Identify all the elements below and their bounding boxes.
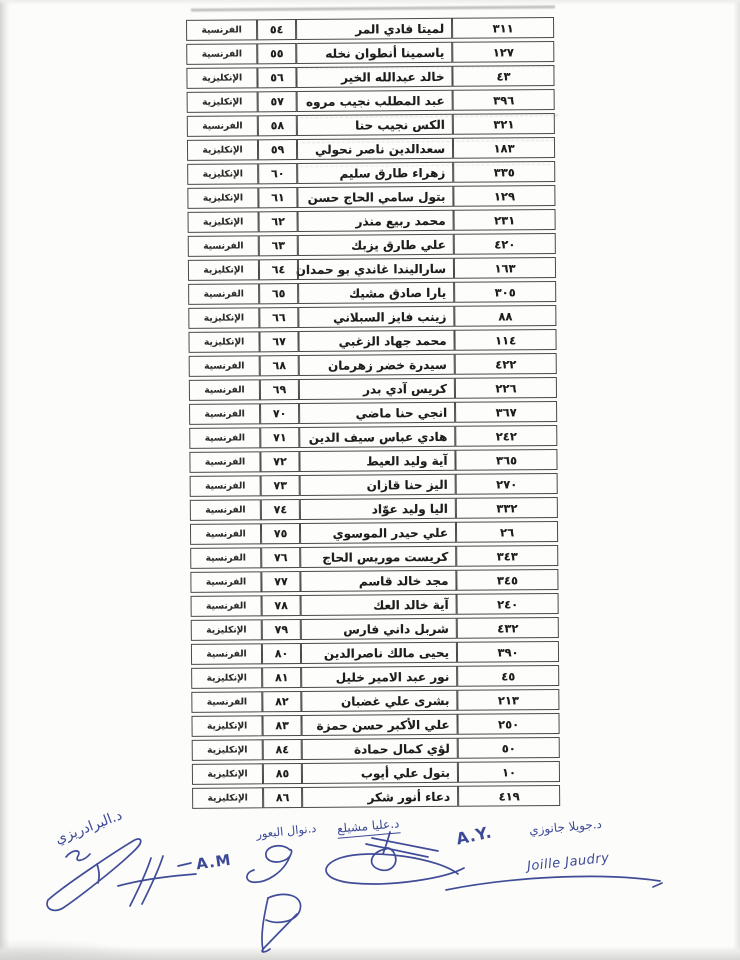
serial-number-cell: ٥٥: [257, 43, 296, 64]
student-id-cell: ٣٤٣: [456, 545, 558, 567]
student-name-cell: هادي عباس سيف الدين: [299, 426, 455, 448]
student-table: ٣١١ لميتا فادي المر ٥٤ الفرنسية ١٢٧ ياسم…: [186, 17, 560, 812]
scan-edge-right: [733, 0, 740, 960]
cutoff-row-line: [191, 5, 555, 11]
student-id-cell: ٢٥٠: [457, 713, 559, 735]
table-row: ١٢٩ بتول سامي الحاج حسن ٦١ الإنكليزية: [187, 185, 555, 209]
table-row: ٣٤٣ كريست موريس الحاج ٧٦ الفرنسية: [190, 545, 558, 569]
language-cell: الإنكليزية: [192, 763, 263, 785]
student-name-cell: اليز حنا قازان: [300, 474, 456, 496]
serial-number-cell: ٨٢: [262, 691, 301, 712]
serial-number-cell: ٧٠: [260, 403, 299, 424]
serial-number-cell: ٧٦: [261, 547, 300, 568]
language-cell: الفرنسية: [189, 355, 260, 377]
language-cell: الإنكليزية: [187, 139, 258, 161]
student-id-cell: ٣٩٦: [453, 89, 555, 111]
serial-number-cell: ٨٠: [262, 643, 301, 664]
student-name-cell: علي الأكبر حسن حمزة: [301, 714, 457, 736]
scan-edge-left: [0, 0, 10, 960]
language-cell: الإنكليزية: [188, 211, 259, 233]
language-cell: الإنكليزية: [191, 715, 262, 737]
student-name-cell: بشرى علي غضبان: [301, 690, 457, 712]
signature-scribble: [66, 851, 90, 860]
handwritten-name: د.البرادريزي: [53, 807, 124, 847]
serial-number-cell: ٨١: [262, 667, 301, 688]
serial-number-cell: ٧٧: [261, 571, 300, 592]
student-id-cell: ٤٥: [457, 665, 559, 687]
scan-edge-bottom: [0, 946, 740, 960]
language-cell: الفرنسية: [190, 523, 261, 545]
student-id-cell: ٣٦٥: [455, 449, 557, 471]
serial-number-cell: ٦٣: [259, 235, 298, 256]
language-cell: الفرنسية: [190, 571, 261, 593]
handwritten-name: د.عليا مشيلع: [336, 816, 400, 838]
serial-number-cell: ٦٠: [258, 163, 297, 184]
signature-scribble: [262, 898, 268, 950]
student-name-cell: ساراليندا غاندي بو حمدان: [298, 258, 454, 280]
student-name-cell: آية وليد العيط: [299, 450, 455, 472]
student-name-cell: محمد جهاد الزغبي: [298, 330, 454, 352]
table-row: ٣١١ لميتا فادي المر ٥٤ الفرنسية: [186, 17, 554, 41]
student-name-cell: دعاء أنور شكر: [302, 786, 458, 808]
language-cell: الإنكليزية: [192, 787, 263, 809]
language-cell: الإنكليزية: [188, 307, 259, 329]
table-row: ٣٤٥ مجد خالد قاسم ٧٧ الفرنسية: [190, 569, 558, 593]
language-cell: الإنكليزية: [191, 619, 262, 641]
student-id-cell: ٣٤٥: [456, 569, 558, 591]
serial-number-cell: ٧٨: [262, 595, 301, 616]
table-row: ٢٢٦ كريس آدي بدر ٦٩ الفرنسية: [189, 377, 557, 401]
language-cell: الفرنسية: [191, 595, 262, 617]
table-row: ٣٩٠ يحيى مالك ناصرالدين ٨٠ الفرنسية: [191, 641, 559, 665]
serial-number-cell: ٨٤: [263, 739, 302, 760]
student-id-cell: ١٢٩: [453, 185, 555, 207]
student-name-cell: آية خالد العك: [301, 594, 457, 616]
scanned-page: ٣١١ لميتا فادي المر ٥٤ الفرنسية ١٢٧ ياسم…: [0, 0, 740, 960]
serial-number-cell: ٦٤: [259, 259, 298, 280]
language-cell: الفرنسية: [186, 19, 257, 41]
student-name-cell: يارا صادق مشيك: [298, 282, 454, 304]
student-name-cell: مجد خالد قاسم: [300, 570, 456, 592]
table-row: ٣٣٥ زهراء طارق سليم ٦٠ الإنكليزية: [187, 161, 555, 185]
student-name-cell: عبد المطلب نجيب مروه: [297, 90, 453, 112]
serial-number-cell: ٦٧: [259, 331, 298, 352]
table-row: ٨٨ زينب فايز السبلاني ٦٦ الإنكليزية: [188, 305, 556, 329]
language-cell: الإنكليزية: [187, 163, 258, 185]
student-name-cell: سعدالدين ناصر نحولي: [297, 138, 453, 160]
student-id-cell: ٤٣٢: [457, 617, 559, 639]
student-name-cell: شربل داني فارس: [301, 618, 457, 640]
language-cell: الفرنسية: [189, 451, 260, 473]
language-cell: الإنكليزية: [191, 667, 262, 689]
student-id-cell: ١٨٣: [453, 137, 555, 159]
language-cell: الفرنسية: [191, 691, 262, 713]
student-id-cell: ١٦٣: [454, 257, 556, 279]
student-id-cell: ٢٤٠: [457, 593, 559, 615]
student-id-cell: ٣٦٧: [455, 401, 557, 423]
serial-number-cell: ٨٦: [263, 787, 302, 808]
scan-edge-top: [0, 0, 740, 5]
student-name-cell: نور عبد الامير خليل: [301, 666, 457, 688]
language-cell: الفرنسية: [188, 235, 259, 257]
student-id-cell: ٤١٩: [458, 785, 560, 807]
student-id-cell: ٣٢١: [453, 113, 555, 135]
student-name-cell: علي طارق يزبك: [298, 234, 454, 256]
student-name-cell: اليا وليد عوّاد: [300, 498, 456, 520]
serial-number-cell: ٧٩: [262, 619, 301, 640]
table-row: ٢٦ علي حيدر الموسوي ٧٥ الفرنسية: [190, 521, 558, 545]
student-name-cell: بتول علي أيوب: [302, 762, 458, 784]
student-id-cell: ٢٣١: [454, 209, 556, 231]
student-id-cell: ٣١١: [452, 17, 554, 39]
student-id-cell: ٢٤٢: [455, 425, 557, 447]
student-name-cell: سيدرة خضر زهرمان: [299, 354, 455, 376]
language-cell: الفرنسية: [189, 403, 260, 425]
student-name-cell: خالد عبدالله الخير: [296, 66, 452, 88]
serial-number-cell: ٦٥: [259, 283, 298, 304]
serial-number-cell: ٨٣: [262, 715, 301, 736]
serial-number-cell: ٦٦: [259, 307, 298, 328]
student-id-cell: ٢٢٦: [455, 377, 557, 399]
student-name-cell: ياسمينا أنطوان نخله: [296, 42, 452, 64]
signature-scribble: [247, 856, 290, 882]
student-name-cell: يحيى مالك ناصرالدين: [301, 642, 457, 664]
student-id-cell: ٤٢٠: [454, 233, 556, 255]
student-name-cell: لؤي كمال حمادة: [302, 738, 458, 760]
table-row: ٤٣ خالد عبدالله الخير ٥٦ الإنكليزية: [186, 65, 554, 89]
language-cell: الإنكليزية: [192, 739, 263, 761]
handwritten-initials: A.Y.: [454, 822, 493, 848]
signature-scribble: [372, 848, 396, 871]
table-row: ٢٤٢ هادي عباس سيف الدين ٧١ الفرنسية: [189, 425, 557, 449]
handwritten-name: د.جويلا جانوزي: [529, 817, 603, 837]
table-row: ٢١٣ بشرى علي غضبان ٨٢ الفرنسية: [191, 689, 559, 713]
language-cell: الإنكليزية: [187, 187, 258, 209]
student-id-cell: ٢٧٠: [456, 473, 558, 495]
language-cell: الفرنسية: [190, 475, 261, 497]
serial-number-cell: ٦٨: [260, 355, 299, 376]
language-cell: الفرنسية: [186, 43, 257, 65]
student-id-cell: ٣٣٥: [453, 161, 555, 183]
signature-scribble: [118, 874, 196, 886]
language-cell: الإنكليزية: [187, 91, 258, 113]
table-row: ٣٦٥ آية وليد العيط ٧٢ الفرنسية: [189, 449, 557, 473]
table-row: ٤٣٢ شربل داني فارس ٧٩ الإنكليزية: [191, 617, 559, 641]
student-id-cell: ٨٨: [454, 305, 556, 327]
table-row: ٢٧٠ اليز حنا قازان ٧٣ الفرنسية: [190, 473, 558, 497]
scan-corner-smudge: [0, 938, 150, 960]
serial-number-cell: ٧١: [260, 427, 299, 448]
signature-scribble: [97, 864, 99, 883]
student-id-cell: ٢٦: [456, 521, 558, 543]
signature-scribble: [178, 863, 191, 866]
student-name-cell: زينب فايز السبلاني: [298, 306, 454, 328]
signature-scribble: [266, 846, 292, 862]
table-row: ٤٥ نور عبد الامير خليل ٨١ الإنكليزية: [191, 665, 559, 689]
student-id-cell: ٢١٣: [457, 689, 559, 711]
table-row: ٣٣٢ اليا وليد عوّاد ٧٤ الفرنسية: [190, 497, 558, 521]
student-name-cell: علي حيدر الموسوي: [300, 522, 456, 544]
signature-scribble: [142, 856, 163, 904]
table-row: ٤١٩ دعاء أنور شكر ٨٦ الإنكليزية: [192, 785, 560, 809]
student-id-cell: ١٠: [458, 761, 560, 783]
serial-number-cell: ٧٣: [261, 475, 300, 496]
table-row: ١٦٣ ساراليندا غاندي بو حمدان ٦٤ الإنكليز…: [188, 257, 556, 281]
serial-number-cell: ٨٥: [263, 763, 302, 784]
handwritten-name: د.نوال البعور: [255, 821, 316, 841]
serial-number-cell: ٥٤: [257, 19, 296, 40]
signature-scribble: [262, 914, 297, 952]
table-row: ٥٠ لؤي كمال حمادة ٨٤ الإنكليزية: [192, 737, 560, 761]
table-row: ١٢٧ ياسمينا أنطوان نخله ٥٥ الفرنسية: [186, 41, 554, 65]
signature-scribble: [372, 838, 438, 851]
language-cell: الفرنسية: [187, 115, 258, 137]
serial-number-cell: ٦٩: [260, 379, 299, 400]
language-cell: الفرنسية: [189, 427, 260, 449]
student-name-cell: كريس آدي بدر: [299, 378, 455, 400]
serial-number-cell: ٦٢: [259, 211, 298, 232]
student-id-cell: ٤٢٢: [455, 353, 557, 375]
student-id-cell: ٣٠٥: [454, 281, 556, 303]
serial-number-cell: ٥٧: [258, 91, 297, 112]
language-cell: الإنكليزية: [186, 67, 257, 89]
student-id-cell: ١٢٧: [452, 41, 554, 63]
table-row: ١١٤ محمد جهاد الزغبي ٦٧ الإنكليزية: [188, 329, 556, 353]
table-row: ٣٩٦ عبد المطلب نجيب مروه ٥٧ الإنكليزية: [187, 89, 555, 113]
student-id-cell: ١١٤: [454, 329, 556, 351]
serial-number-cell: ٧٤: [261, 499, 300, 520]
handwritten-signature: Joille Jaudry: [526, 851, 610, 875]
signature-scribble: [446, 876, 660, 890]
language-cell: الفرنسية: [190, 547, 261, 569]
language-cell: الفرنسية: [190, 499, 261, 521]
signature-scribble: [47, 839, 141, 910]
table-row: ٤٢٠ علي طارق يزبك ٦٣ الفرنسية: [188, 233, 556, 257]
table-row: ٣٠٥ يارا صادق مشيك ٦٥ الفرنسية: [188, 281, 556, 305]
student-name-cell: بتول سامي الحاج حسن: [297, 186, 453, 208]
language-cell: الفرنسية: [189, 379, 260, 401]
student-name-cell: كريست موريس الحاج: [300, 546, 456, 568]
language-cell: الإنكليزية: [188, 331, 259, 353]
language-cell: الفرنسية: [191, 643, 262, 665]
serial-number-cell: ٧٢: [260, 451, 299, 472]
signature-scribble: [366, 844, 428, 857]
student-name-cell: انجي حنا ماضي: [299, 402, 455, 424]
student-id-cell: ٥٠: [458, 737, 560, 759]
handwritten-initials: A.M: [195, 851, 233, 874]
table-row: ٢٤٠ آية خالد العك ٧٨ الفرنسية: [191, 593, 559, 617]
table-row: ٢٥٠ علي الأكبر حسن حمزة ٨٣ الإنكليزية: [191, 713, 559, 737]
student-name-cell: الكس نجيب حنا: [297, 114, 453, 136]
signature-scribble: [266, 894, 301, 922]
table-row: ١٨٣ سعدالدين ناصر نحولي ٥٩ الإنكليزية: [187, 137, 555, 161]
serial-number-cell: ٥٨: [258, 115, 297, 136]
student-name-cell: محمد ربيع منذر: [298, 210, 454, 232]
table-row: ١٠ بتول علي أيوب ٨٥ الإنكليزية: [192, 761, 560, 785]
language-cell: الإنكليزية: [188, 259, 259, 281]
table-row: ٤٢٢ سيدرة خضر زهرمان ٦٨ الفرنسية: [189, 353, 557, 377]
table-row: ٣٢١ الكس نجيب حنا ٥٨ الفرنسية: [187, 113, 555, 137]
student-id-cell: ٤٣: [452, 65, 554, 87]
signature-scribble: [383, 832, 390, 854]
student-name-cell: زهراء طارق سليم: [297, 162, 453, 184]
language-cell: الفرنسية: [188, 283, 259, 305]
serial-number-cell: ٧٥: [261, 523, 300, 544]
student-id-cell: ٣٩٠: [457, 641, 559, 663]
signature-scribble: [326, 854, 464, 884]
serial-number-cell: ٥٦: [257, 67, 296, 88]
student-id-cell: ٣٣٢: [456, 497, 558, 519]
student-name-cell: لميتا فادي المر: [296, 18, 452, 40]
serial-number-cell: ٦١: [258, 187, 297, 208]
table-row: ٣٦٧ انجي حنا ماضي ٧٠ الفرنسية: [189, 401, 557, 425]
table-row: ٢٣١ محمد ربيع منذر ٦٢ الإنكليزية: [188, 209, 556, 233]
signature-scribble: [653, 883, 662, 887]
serial-number-cell: ٥٩: [258, 139, 297, 160]
signature-scribble: [130, 858, 151, 906]
